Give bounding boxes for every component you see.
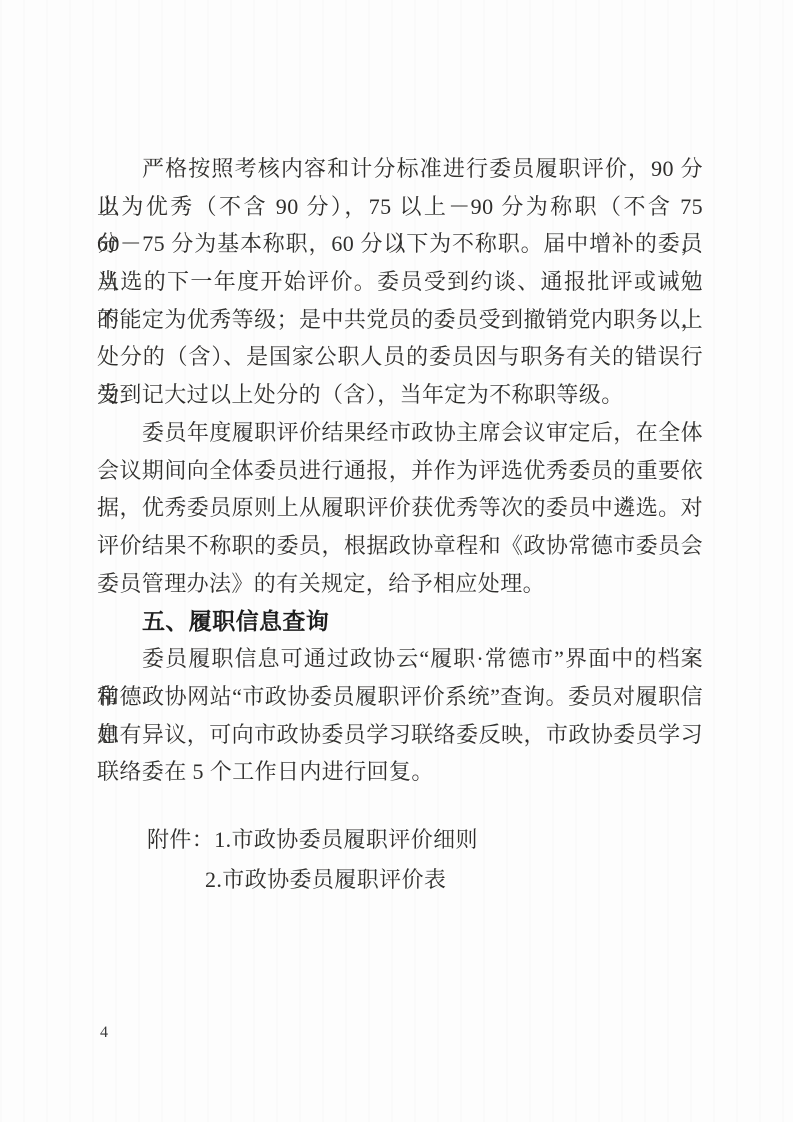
para1-line-3: 60－75 分为基本称职，60 分以下为不称职。届中增补的委员从 xyxy=(97,225,703,263)
para1-line-5: 不能定为优秀等级；是中共党员的委员受到撤销党内职务以上 xyxy=(97,301,703,339)
section-heading: 五、履职信息查询 xyxy=(97,602,703,640)
para1-line-2: 上为优秀（不含 90 分），75 以上－90 分为称职（不含 75 分）， xyxy=(97,188,703,226)
para2-line-5: 委员管理办法》的有关规定，给予相应处理。 xyxy=(97,565,703,603)
scanned-document-page: 严格按照考核内容和计分标准进行委员履职评价，90 分以 上为优秀（不含 90 分… xyxy=(0,0,793,1122)
attachment-line-2: 2.市政协委员履职评价表 xyxy=(147,860,478,900)
attachment-label: 附件： xyxy=(147,827,214,852)
para2-line-2: 会议期间向全体委员进行通报，并作为评选优秀委员的重要依 xyxy=(97,452,703,490)
para3-line-2: 常德政协网站“市政协委员履职评价系统”查询。委员对履职信息 xyxy=(97,678,703,716)
para1-line-6: 处分的（含）、是国家公职人员的委员因与职务有关的错误行为 xyxy=(97,338,703,376)
para3-line-1: 委员履职信息可通过政协云“履职·常德市”界面中的档案和 xyxy=(97,640,703,678)
attachment-item-2: 2.市政协委员履职评价表 xyxy=(205,867,446,892)
attachment-block: 附件：1.市政协委员履职评价细则 2.市政协委员履职评价表 xyxy=(147,820,478,900)
para2-line-3: 据，优秀委员原则上从履职评价获优秀等次的委员中遴选。对 xyxy=(97,489,703,527)
para3-line-3: 如有异议，可向市政协委员学习联络委反映，市政协委员学习 xyxy=(97,716,703,754)
para1-line-1: 严格按照考核内容和计分标准进行委员履职评价，90 分以 xyxy=(97,150,703,188)
page-number: 4 xyxy=(100,1024,108,1042)
attachment-item-1: 1.市政协委员履职评价细则 xyxy=(214,827,478,852)
para1-line-4: 当选的下一年度开始评价。委员受到约谈、通报批评或诫勉的， xyxy=(97,263,703,301)
para2-line-4: 评价结果不称职的委员，根据政协章程和《政协常德市委员会 xyxy=(97,527,703,565)
para1-line-7: 受到记大过以上处分的（含），当年定为不称职等级。 xyxy=(97,376,703,414)
para2-line-1: 委员年度履职评价结果经市政协主席会议审定后，在全体 xyxy=(97,414,703,452)
attachment-line-1: 附件：1.市政协委员履职评价细则 xyxy=(147,820,478,860)
document-body: 严格按照考核内容和计分标准进行委员履职评价，90 分以 上为优秀（不含 90 分… xyxy=(97,150,703,791)
para3-line-4: 联络委在 5 个工作日内进行回复。 xyxy=(97,753,703,791)
